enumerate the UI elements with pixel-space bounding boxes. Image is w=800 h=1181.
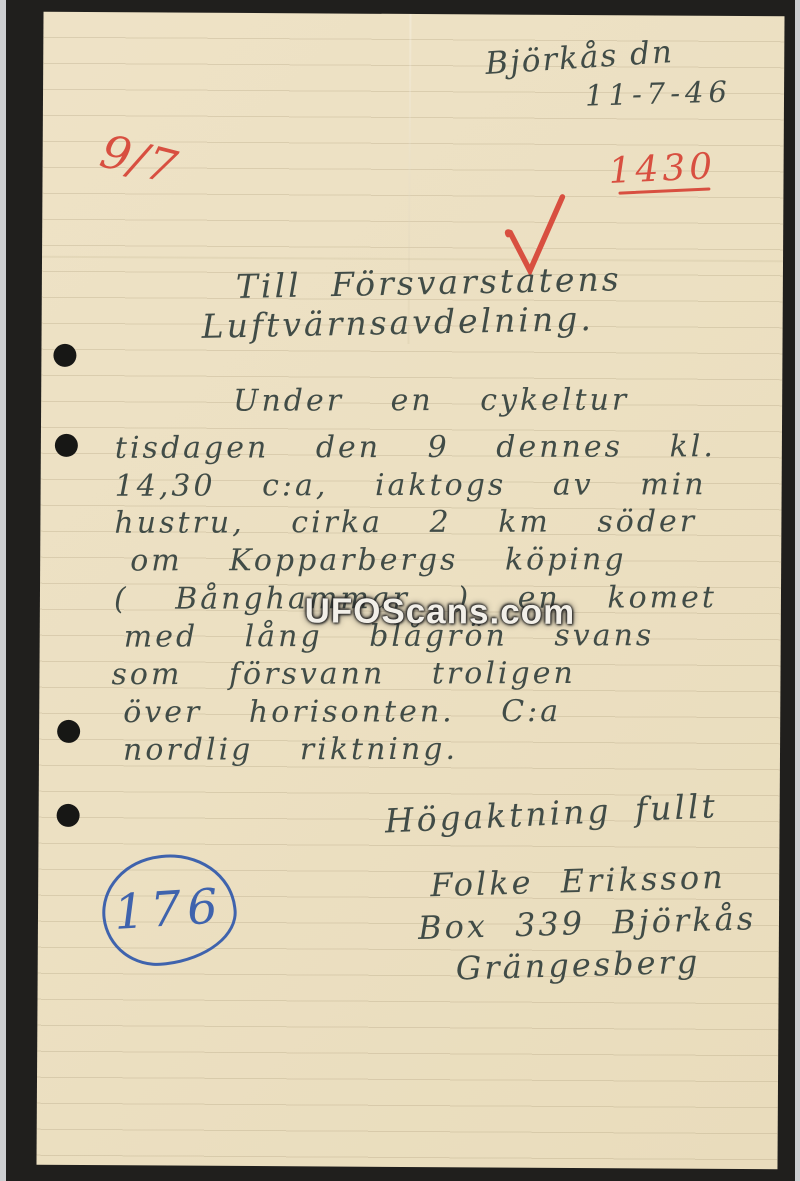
red-annotation-number: 1430 <box>608 149 717 190</box>
signature-address-1: Box 339 Björkås <box>418 902 757 944</box>
body-line: som försvann troligen <box>111 659 575 690</box>
punch-hole-2 <box>55 434 78 457</box>
recipient-line-1: Till Försvarstatens <box>236 262 622 303</box>
heading-place: Björkås dn <box>484 37 674 80</box>
body-line: 14,30 c:a, iaktogs av min <box>115 470 707 502</box>
paper-crease-horizontal <box>42 256 783 263</box>
punch-hole-3 <box>57 720 80 743</box>
punch-hole-1 <box>53 344 76 367</box>
body-line: Under en cykeltur <box>233 386 629 417</box>
scan-page: { "scan": { "watermark": "UFOScans.com",… <box>0 0 800 1181</box>
body-line: hustru, cirka 2 km söder <box>114 507 697 539</box>
body-line: tisdagen den 9 dennes kl. <box>115 432 716 464</box>
signature-name: Folke Eriksson <box>430 861 726 901</box>
body-line: nordlig riktning. <box>123 735 458 766</box>
body-line: om Kopparbergs köping <box>130 545 626 576</box>
body-line: över horisonten. C:a <box>123 697 561 728</box>
scan-black-frame: Björkås dn 11-7-46 9/7 1430 Till Försvar… <box>6 0 795 1181</box>
recipient-line-2: Luftvärnsavdelning. <box>201 302 594 343</box>
signature-address-2: Grängesberg <box>455 946 700 985</box>
archive-number-circle: 176 <box>96 847 242 972</box>
watermark: UFOScans.com <box>295 591 585 633</box>
letter-paper: Björkås dn 11-7-46 9/7 1430 Till Försvar… <box>36 12 784 1170</box>
punch-hole-4 <box>57 804 80 827</box>
closing-phrase: Högaktning fullt <box>384 789 718 837</box>
red-annotation-fraction: 9/7 <box>96 128 182 192</box>
heading-date: 11-7-46 <box>585 77 733 110</box>
archive-number: 176 <box>113 878 226 941</box>
